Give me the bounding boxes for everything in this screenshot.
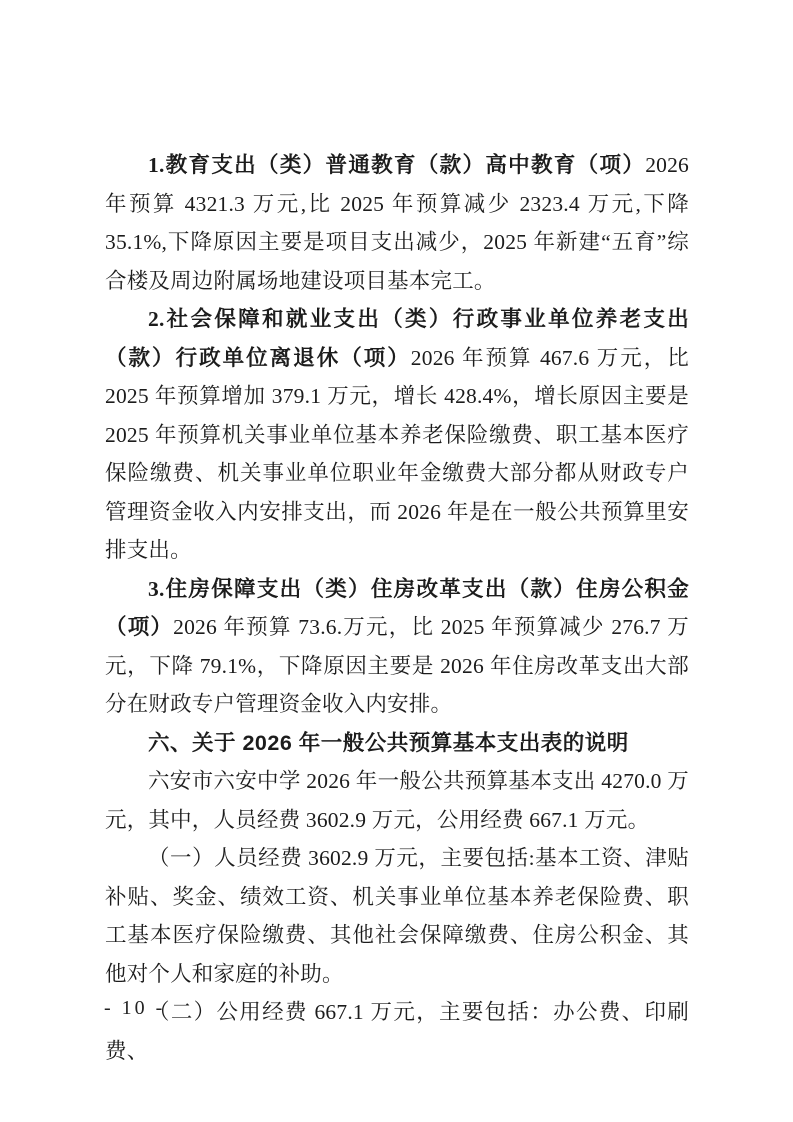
document-page: 1.教育支出（类）普通教育（款）高中教育（项）2026 年预算 4321.3 万… [0,0,793,1122]
budget-item-3-text: 2026 年预算 73.6.万元，比 2025 年预算减少 276.7 万元，下… [105,615,689,716]
budget-item-3-paragraph: 3.住房保障支出（类）住房改革支出（款）住房公积金（项）2026 年预算 73.… [105,570,689,724]
personnel-funds-paragraph: （一）人员经费 3602.9 万元，主要包括:基本工资、津贴补贴、奖金、绩效工资… [105,839,689,993]
public-funds-paragraph: （二）公用经费 667.1 万元，主要包括：办公费、印刷费、 [105,993,689,1070]
budget-item-2-text: 2026 年预算 467.6 万元，比 2025 年预算增加 379.1 万元，… [105,346,689,563]
section-heading: 六、关于 2026 年一般公共预算基本支出表的说明 [105,724,689,763]
budget-item-1-paragraph: 1.教育支出（类）普通教育（款）高中教育（项）2026 年预算 4321.3 万… [105,146,689,300]
budget-item-2-paragraph: 2.社会保障和就业支出（类）行政事业单位养老支出（款）行政单位离退休（项）202… [105,300,689,570]
page-number: - 10 - [104,997,165,1020]
budget-item-1-heading: 1.教育支出（类）普通教育（款）高中教育（项） [148,153,645,177]
page-content: 1.教育支出（类）普通教育（款）高中教育（项）2026 年预算 4321.3 万… [105,146,689,1070]
basic-expenditure-summary-paragraph: 六安市六安中学 2026 年一般公共预算基本支出 4270.0 万元，其中，人员… [105,762,689,839]
